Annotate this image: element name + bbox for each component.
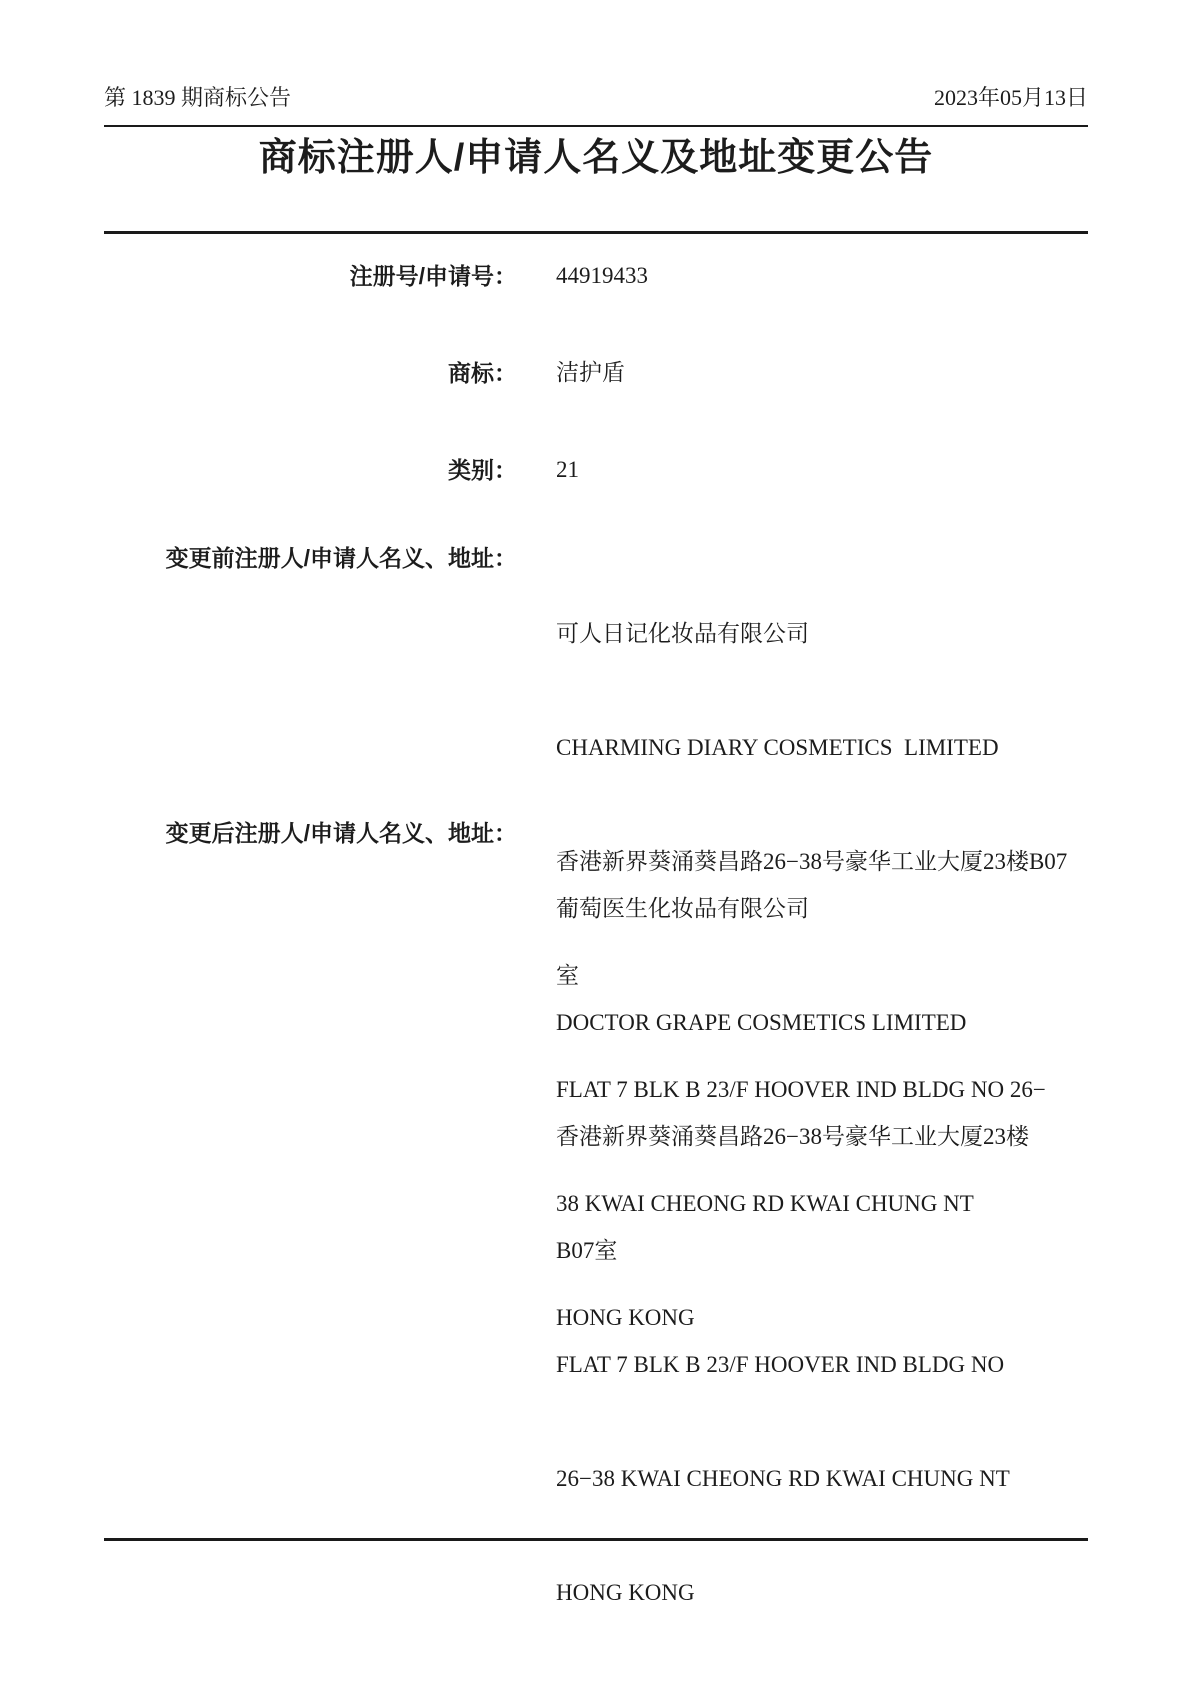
after-change-label: 变更后注册人/申请人名义、地址：	[104, 814, 517, 852]
field-registration-number: 注册号/申请号： 44919433	[104, 257, 1088, 295]
announcement-page: 第 1839 期商标公告 2023年05月13日 商标注册人/申请人名义及地址变…	[0, 0, 1190, 1684]
after-change-line: FLAT 7 BLK B 23/F HOOVER IND BLDG NO	[556, 1346, 1029, 1384]
field-after-change: 变更后注册人/申请人名义、地址： 葡萄医生化妆品有限公司 DOCTOR GRAP…	[104, 814, 1088, 1684]
page-title: 商标注册人/申请人名义及地址变更公告	[104, 134, 1088, 182]
trademark-label: 商标：	[104, 354, 517, 392]
gazette-date-label: 2023年05月13日	[934, 82, 1088, 114]
registration-number-value: 44919433	[556, 257, 648, 295]
class-value: 21	[556, 451, 579, 489]
trademark-value: 洁护盾	[556, 354, 625, 392]
after-change-line: 香港新界葵涌葵昌路26−38号豪华工业大厦23楼	[556, 1118, 1029, 1156]
registration-number-label: 注册号/申请号：	[104, 257, 517, 295]
after-change-line: 26−38 KWAI CHEONG RD KWAI CHUNG NT	[556, 1460, 1029, 1498]
after-change-line: 葡萄医生化妆品有限公司	[556, 890, 1029, 928]
after-change-line: HONG KONG	[556, 1574, 1029, 1612]
header-divider	[104, 125, 1088, 127]
class-label: 类别：	[104, 451, 517, 489]
field-class: 类别： 21	[104, 451, 1088, 489]
before-change-line: 可人日记化妆品有限公司	[556, 615, 1067, 653]
before-change-line: CHARMING DIARY COSMETICS LIMITED	[556, 729, 1067, 767]
page-header: 第 1839 期商标公告 2023年05月13日	[104, 82, 1088, 114]
after-change-line: DOCTOR GRAPE COSMETICS LIMITED	[556, 1004, 1029, 1042]
field-trademark: 商标： 洁护盾	[104, 354, 1088, 392]
title-divider	[104, 231, 1088, 234]
after-change-line: B07室	[556, 1232, 1029, 1270]
bottom-divider	[104, 1538, 1088, 1541]
after-change-address-block: 葡萄医生化妆品有限公司 DOCTOR GRAPE COSMETICS LIMIT…	[556, 814, 1029, 1684]
before-change-label: 变更前注册人/申请人名义、地址：	[104, 539, 517, 577]
gazette-issue-label: 第 1839 期商标公告	[104, 82, 291, 114]
